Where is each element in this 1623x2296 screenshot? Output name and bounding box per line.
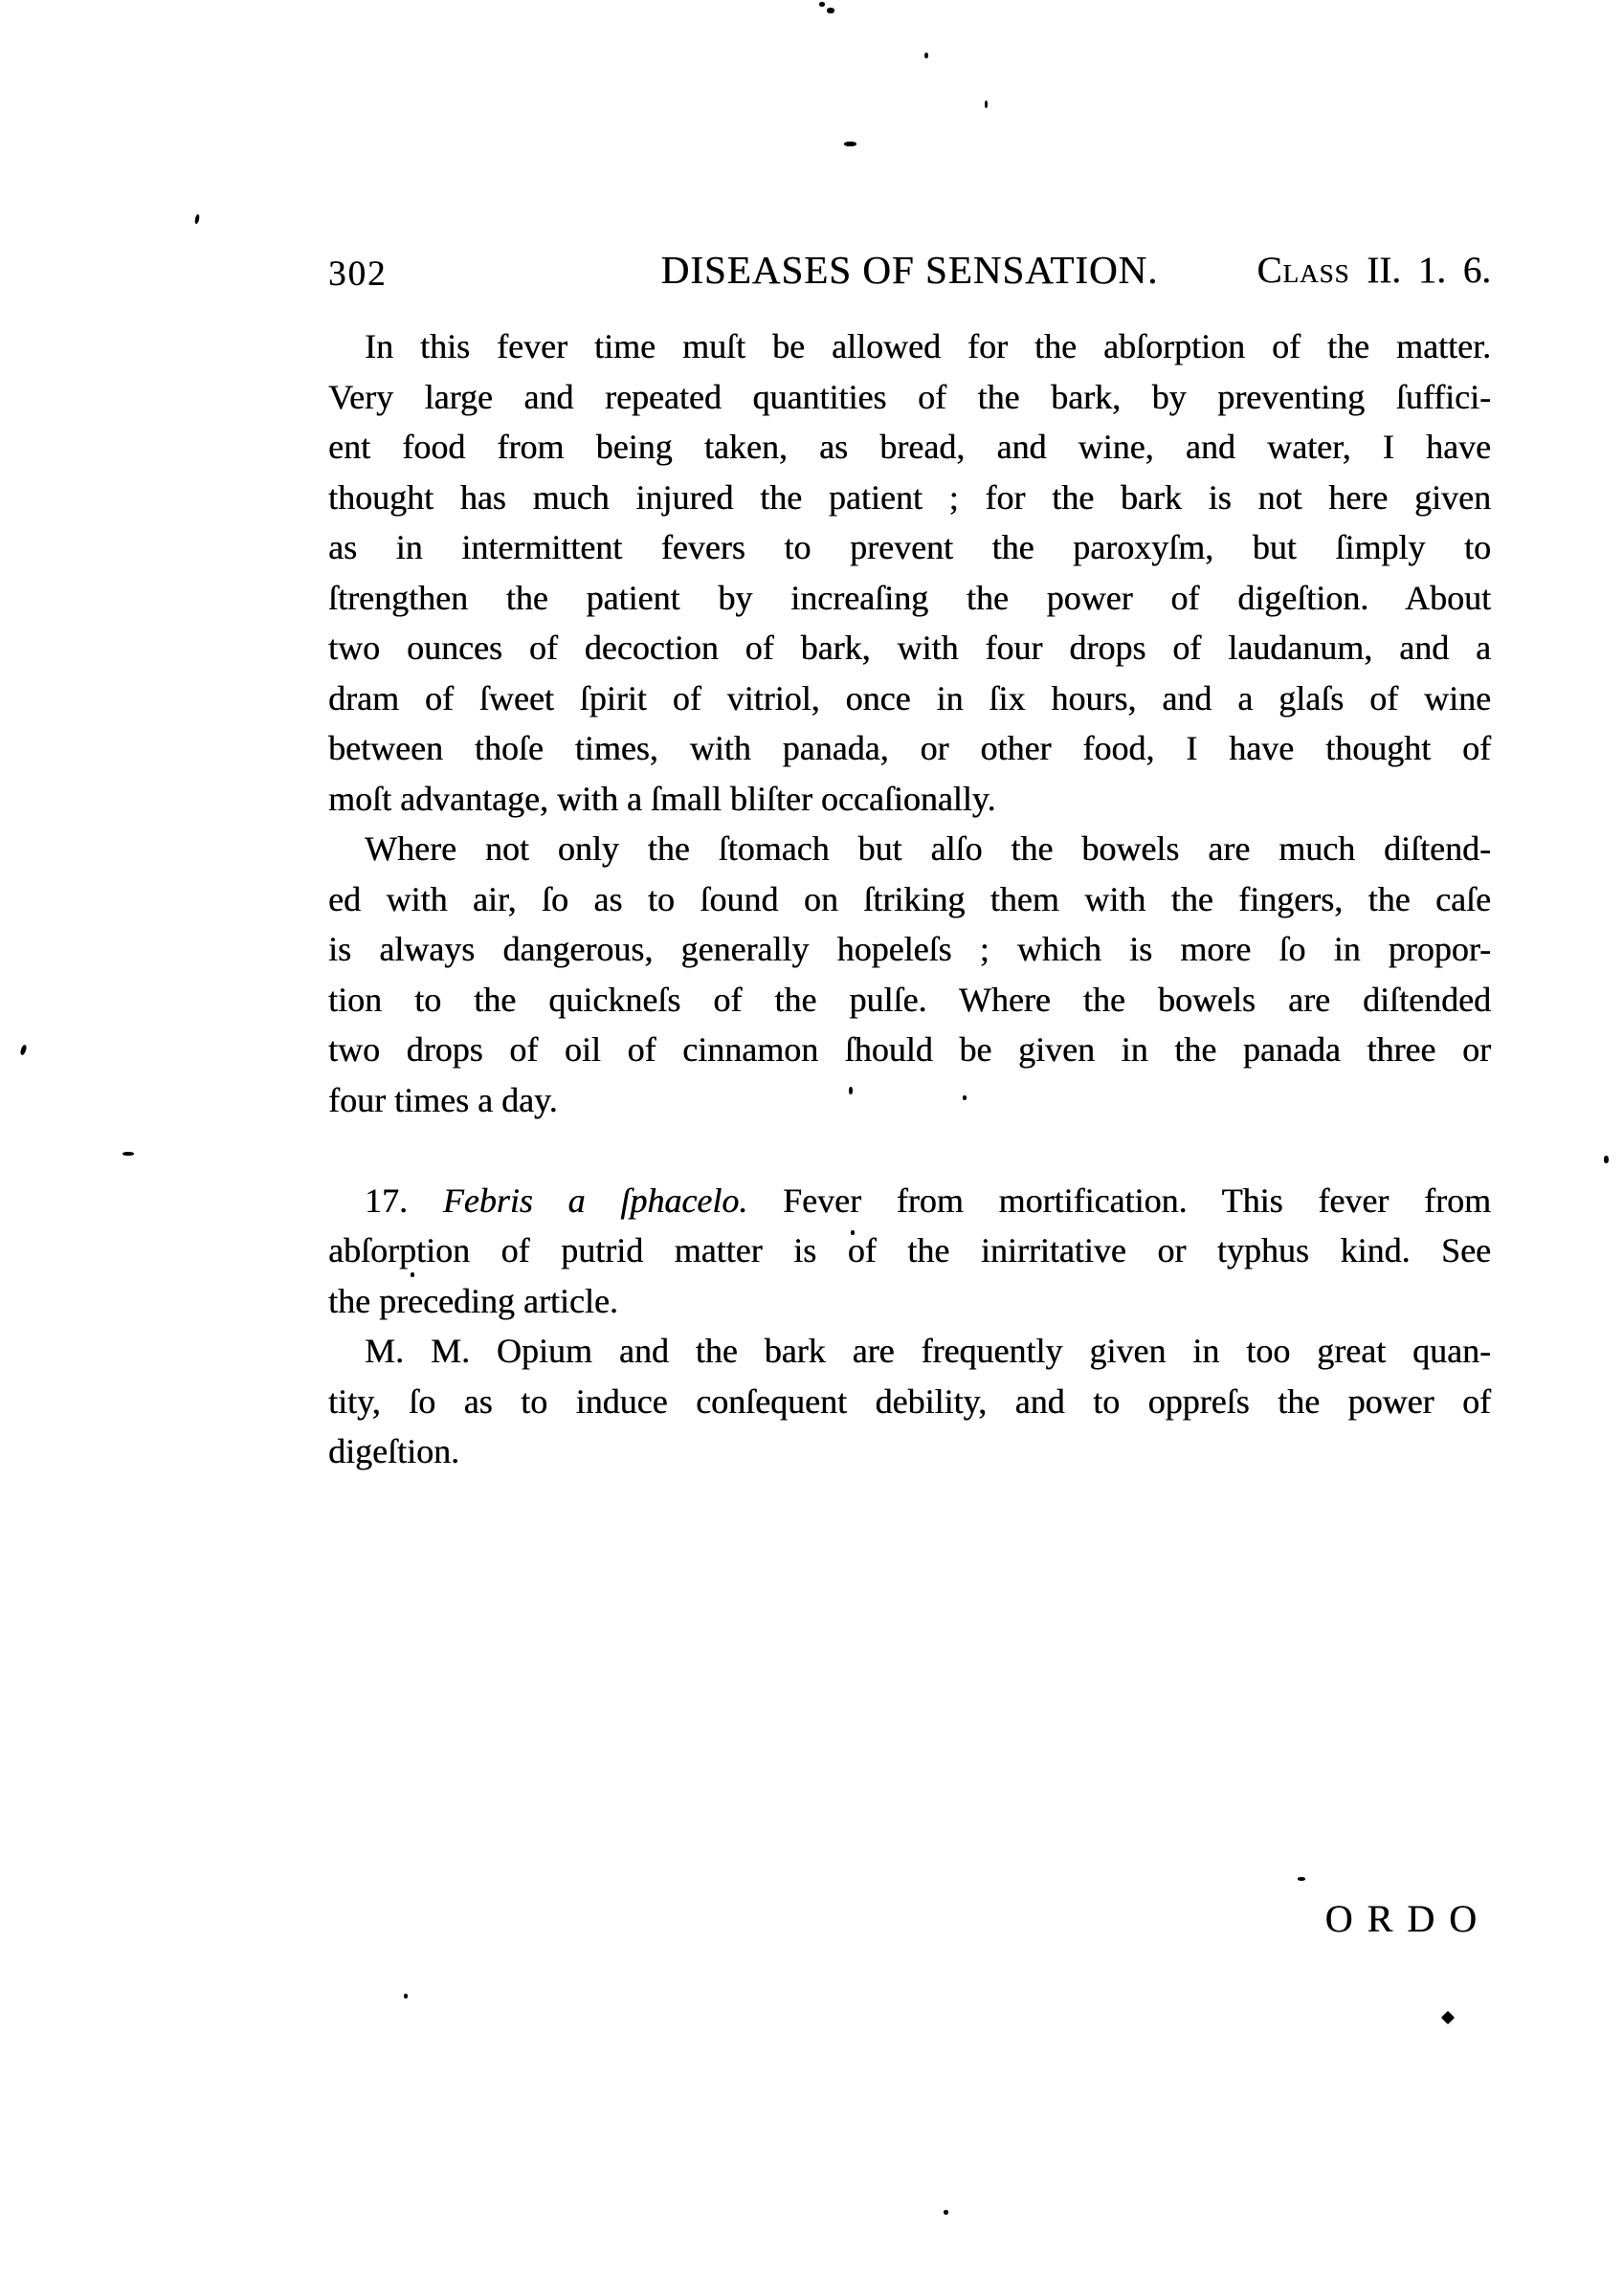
ink-speck <box>944 2210 948 2215</box>
class-label: Class <box>1256 250 1349 291</box>
text-line: moſt advantage, with a ſmall bliſter occ… <box>328 774 1491 825</box>
text-line: ſtrengthen the patient by increaſing the… <box>328 573 1491 624</box>
text-line: abſorption of putrid matter is of the in… <box>328 1225 1491 1276</box>
page-number: 302 <box>328 256 388 292</box>
ink-speck <box>851 1230 855 1235</box>
section-gap <box>328 1125 1491 1176</box>
class-number: II. 1. 6. <box>1367 250 1491 291</box>
ink-speck <box>844 142 856 146</box>
ink-speck <box>827 8 834 13</box>
paragraph-4-materia-medica: M. M. Opium and the bark are frequently … <box>328 1326 1491 1477</box>
text-line: ent food from being taken, as bread, and… <box>328 422 1491 473</box>
text-line: two drops of oil of cinnamon ſhould be g… <box>328 1025 1491 1075</box>
text-line: tity, ſo as to induce conſequent debilit… <box>328 1377 1491 1427</box>
latin-term: Febris a ſphacelo. <box>443 1181 747 1220</box>
ink-speck <box>1604 1156 1609 1163</box>
page-header: 302 DISEASES OF SENSATION. Class II. 1. … <box>328 251 1491 297</box>
text-line: thought has much injured the patient ; f… <box>328 473 1491 523</box>
book-page-scan: 302 DISEASES OF SENSATION. Class II. 1. … <box>0 0 1623 2296</box>
text-line: Very large and repeated quantities of th… <box>328 372 1491 423</box>
text-line: as in intermittent fevers to prevent the… <box>328 522 1491 573</box>
body-text: In this fever time muſt be allowed for t… <box>328 321 1491 1477</box>
ink-speck <box>819 2 825 7</box>
paragraph-2: Where not only the ſtomach but alſo the … <box>328 824 1491 1125</box>
ink-speck <box>985 100 988 108</box>
ink-speck <box>411 1272 414 1277</box>
ink-speck <box>849 1087 853 1094</box>
text-line: between thoſe times, with panada, or oth… <box>328 723 1491 774</box>
text-line: tion to the quickneſs of the pulſe. Wher… <box>328 975 1491 1026</box>
ink-speck <box>19 1044 27 1055</box>
ink-speck <box>194 214 200 225</box>
ink-speck <box>963 1095 967 1100</box>
text-line: M. M. Opium and the bark are frequently … <box>328 1326 1491 1377</box>
text-line: four times a day. <box>328 1075 1491 1126</box>
paragraph-1: In this fever time muſt be allowed for t… <box>328 321 1491 824</box>
text-line: 17. Febris a ſphacelo. Fever from mortif… <box>328 1176 1491 1226</box>
text-line: ed with air, ſo as to ſound on ſtriking … <box>328 874 1491 925</box>
ink-speck <box>122 1152 134 1156</box>
ink-speck <box>404 1994 408 1998</box>
section-number: 17. <box>365 1181 408 1220</box>
text-line: two ounces of decoction of bark, with fo… <box>328 623 1491 673</box>
ink-speck <box>1441 2011 1455 2024</box>
catchword: ORDO <box>1325 1900 1491 1938</box>
text-line: is always dangerous, generally hopeleſs … <box>328 924 1491 975</box>
class-reference: Class II. 1. 6. <box>1256 252 1491 289</box>
paragraph-3-section-17: 17. Febris a ſphacelo. Fever from mortif… <box>328 1176 1491 1327</box>
ink-speck <box>924 53 928 58</box>
text-line: the preceding article. <box>328 1276 1491 1327</box>
text-line: Where not only the ſtomach but alſo the … <box>328 824 1491 874</box>
running-title: DISEASES OF SENSATION. <box>661 251 1159 290</box>
text-line: dram of ſweet ſpirit of vitriol, once in… <box>328 673 1491 724</box>
text-line: digeſtion. <box>328 1426 1491 1477</box>
ink-speck <box>1298 1877 1305 1881</box>
text-segment: Fever from mortification. This fever fro… <box>783 1181 1491 1220</box>
text-line: In this fever time muſt be allowed for t… <box>328 321 1491 372</box>
